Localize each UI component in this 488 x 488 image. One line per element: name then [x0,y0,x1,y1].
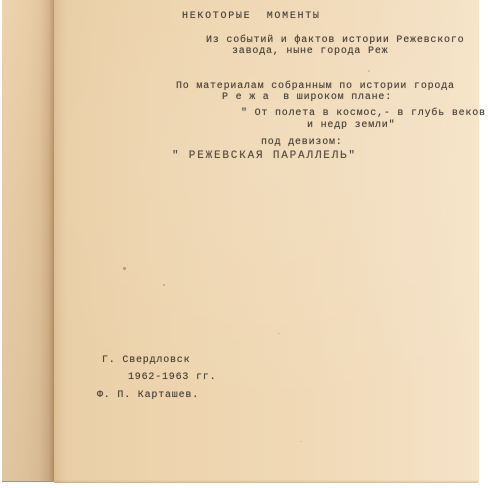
subtitle-line-2: завода, ныне города Реж [232,46,388,57]
paper-speck [163,284,165,286]
document-title: НЕКОТОРЫЕ МОМЕНТЫ [182,11,321,22]
quote-line-1: " От полета в космос,- в глубь веков [241,108,486,119]
years-line: 1962-1963 гг. [128,372,216,383]
paper-speck [368,70,370,72]
quote-line-2: и недр земли" [307,120,395,131]
motto-text: " РЕЖЕВСКАЯ ПАРАЛЛЕЛЬ" [172,151,357,162]
author-line: Ф. П. Карташев. [97,390,199,401]
paper-speck [300,441,302,442]
title-page [54,0,479,483]
paper-speck [123,267,126,270]
underlying-page-edge [2,0,54,482]
scope-line-2: Р е ж а в широком плане: [222,92,392,103]
scanned-document: НЕКОТОРЫЕ МОМЕНТЫ Из событий и фактов ис… [0,0,488,488]
city-line: Г. Свердловск [102,355,190,366]
subtitle-line-1: Из событий и фактов истории Режевского [206,35,464,46]
scope-line-1: По материалам собранным по истории город… [176,81,455,92]
paper-speck [278,333,280,334]
motto-label: под девизом: [261,137,343,148]
